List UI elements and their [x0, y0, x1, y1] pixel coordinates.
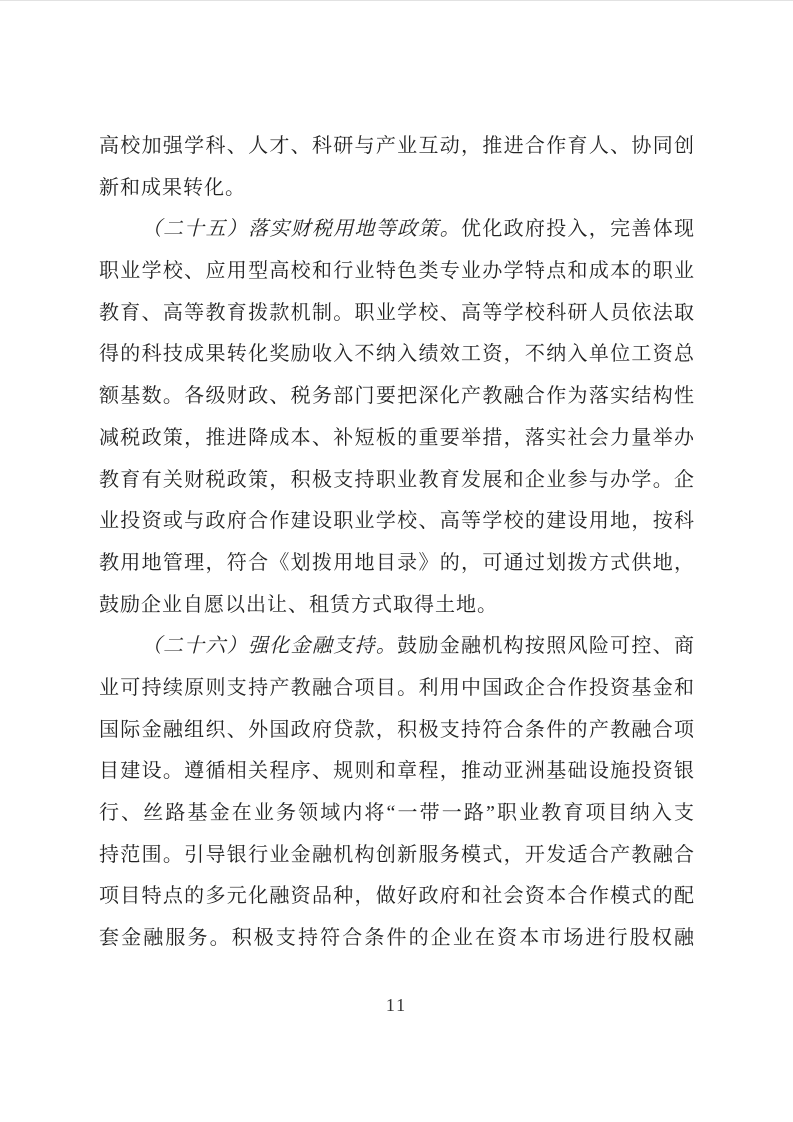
text-line-paragraph-end: 新和成果转化。 — [99, 168, 695, 210]
document-page: 高校加强学科、人才、科研与产业互动，推进合作育人、协同创 新和成果转化。 （二十… — [0, 0, 793, 1122]
text-line: 业可持续原则支持产教融合项目。利用中国政企合作投资基金和 — [99, 668, 695, 710]
text-line-section-26-start: （二十六）强化金融支持。鼓励金融机构按照风险可控、商 — [99, 626, 695, 668]
text-line: 行、丝路基金在业务领域内将“一带一路”职业教育项目纳入支 — [99, 793, 695, 835]
section-heading-26: （二十六）强化金融支持。 — [142, 635, 398, 657]
text-line: 业投资或与政府合作建设职业学校、高等学校的建设用地，按科 — [99, 501, 695, 543]
text-line: 职业学校、应用型高校和行业特色类专业办学特点和成本的职业 — [99, 251, 695, 293]
text-line: 目建设。遵循相关程序、规则和章程，推动亚洲基础设施投资银 — [99, 751, 695, 793]
text-line: 额基数。各级财政、税务部门要把深化产教融合作为落实结构性 — [99, 376, 695, 418]
body-text: 高校加强学科、人才、科研与产业互动，推进合作育人、协同创 新和成果转化。 （二十… — [99, 126, 695, 960]
text-run: 鼓励金融机构按照风险可控、商 — [397, 635, 695, 657]
text-line: 高校加强学科、人才、科研与产业互动，推进合作育人、协同创 — [99, 126, 695, 168]
text-line: 项目特点的多元化融资品种，做好政府和社会资本合作模式的配 — [99, 876, 695, 918]
text-line: 套金融服务。积极支持符合条件的企业在资本市场进行股权融 — [99, 918, 695, 960]
text-line: 持范围。引导银行业金融机构创新服务模式，开发适合产教融合 — [99, 835, 695, 877]
text-line: 国际金融组织、外国政府贷款，积极支持符合条件的产教融合项 — [99, 710, 695, 752]
page-top-edge — [0, 0, 793, 1]
text-line: 得的科技成果转化奖励收入不纳入绩效工资，不纳入单位工资总 — [99, 334, 695, 376]
text-line-section-25-start: （二十五）落实财税用地等政策。优化政府投入，完善体现 — [99, 209, 695, 251]
text-run: 优化政府投入，完善体现 — [461, 218, 695, 240]
text-line: 教育有关财税政策，积极支持职业教育发展和企业参与办学。企 — [99, 460, 695, 502]
text-line: 教用地管理，符合《划拨用地目录》的，可通过划拨方式供地， — [99, 543, 695, 585]
page-number: 11 — [0, 992, 793, 1018]
section-heading-25: （二十五）落实财税用地等政策。 — [142, 218, 461, 240]
text-line-paragraph-end: 鼓励企业自愿以出让、租赁方式取得土地。 — [99, 585, 695, 627]
text-line: 减税政策，推进降成本、补短板的重要举措，落实社会力量举办 — [99, 418, 695, 460]
text-line: 教育、高等教育拨款机制。职业学校、高等学校科研人员依法取 — [99, 293, 695, 335]
